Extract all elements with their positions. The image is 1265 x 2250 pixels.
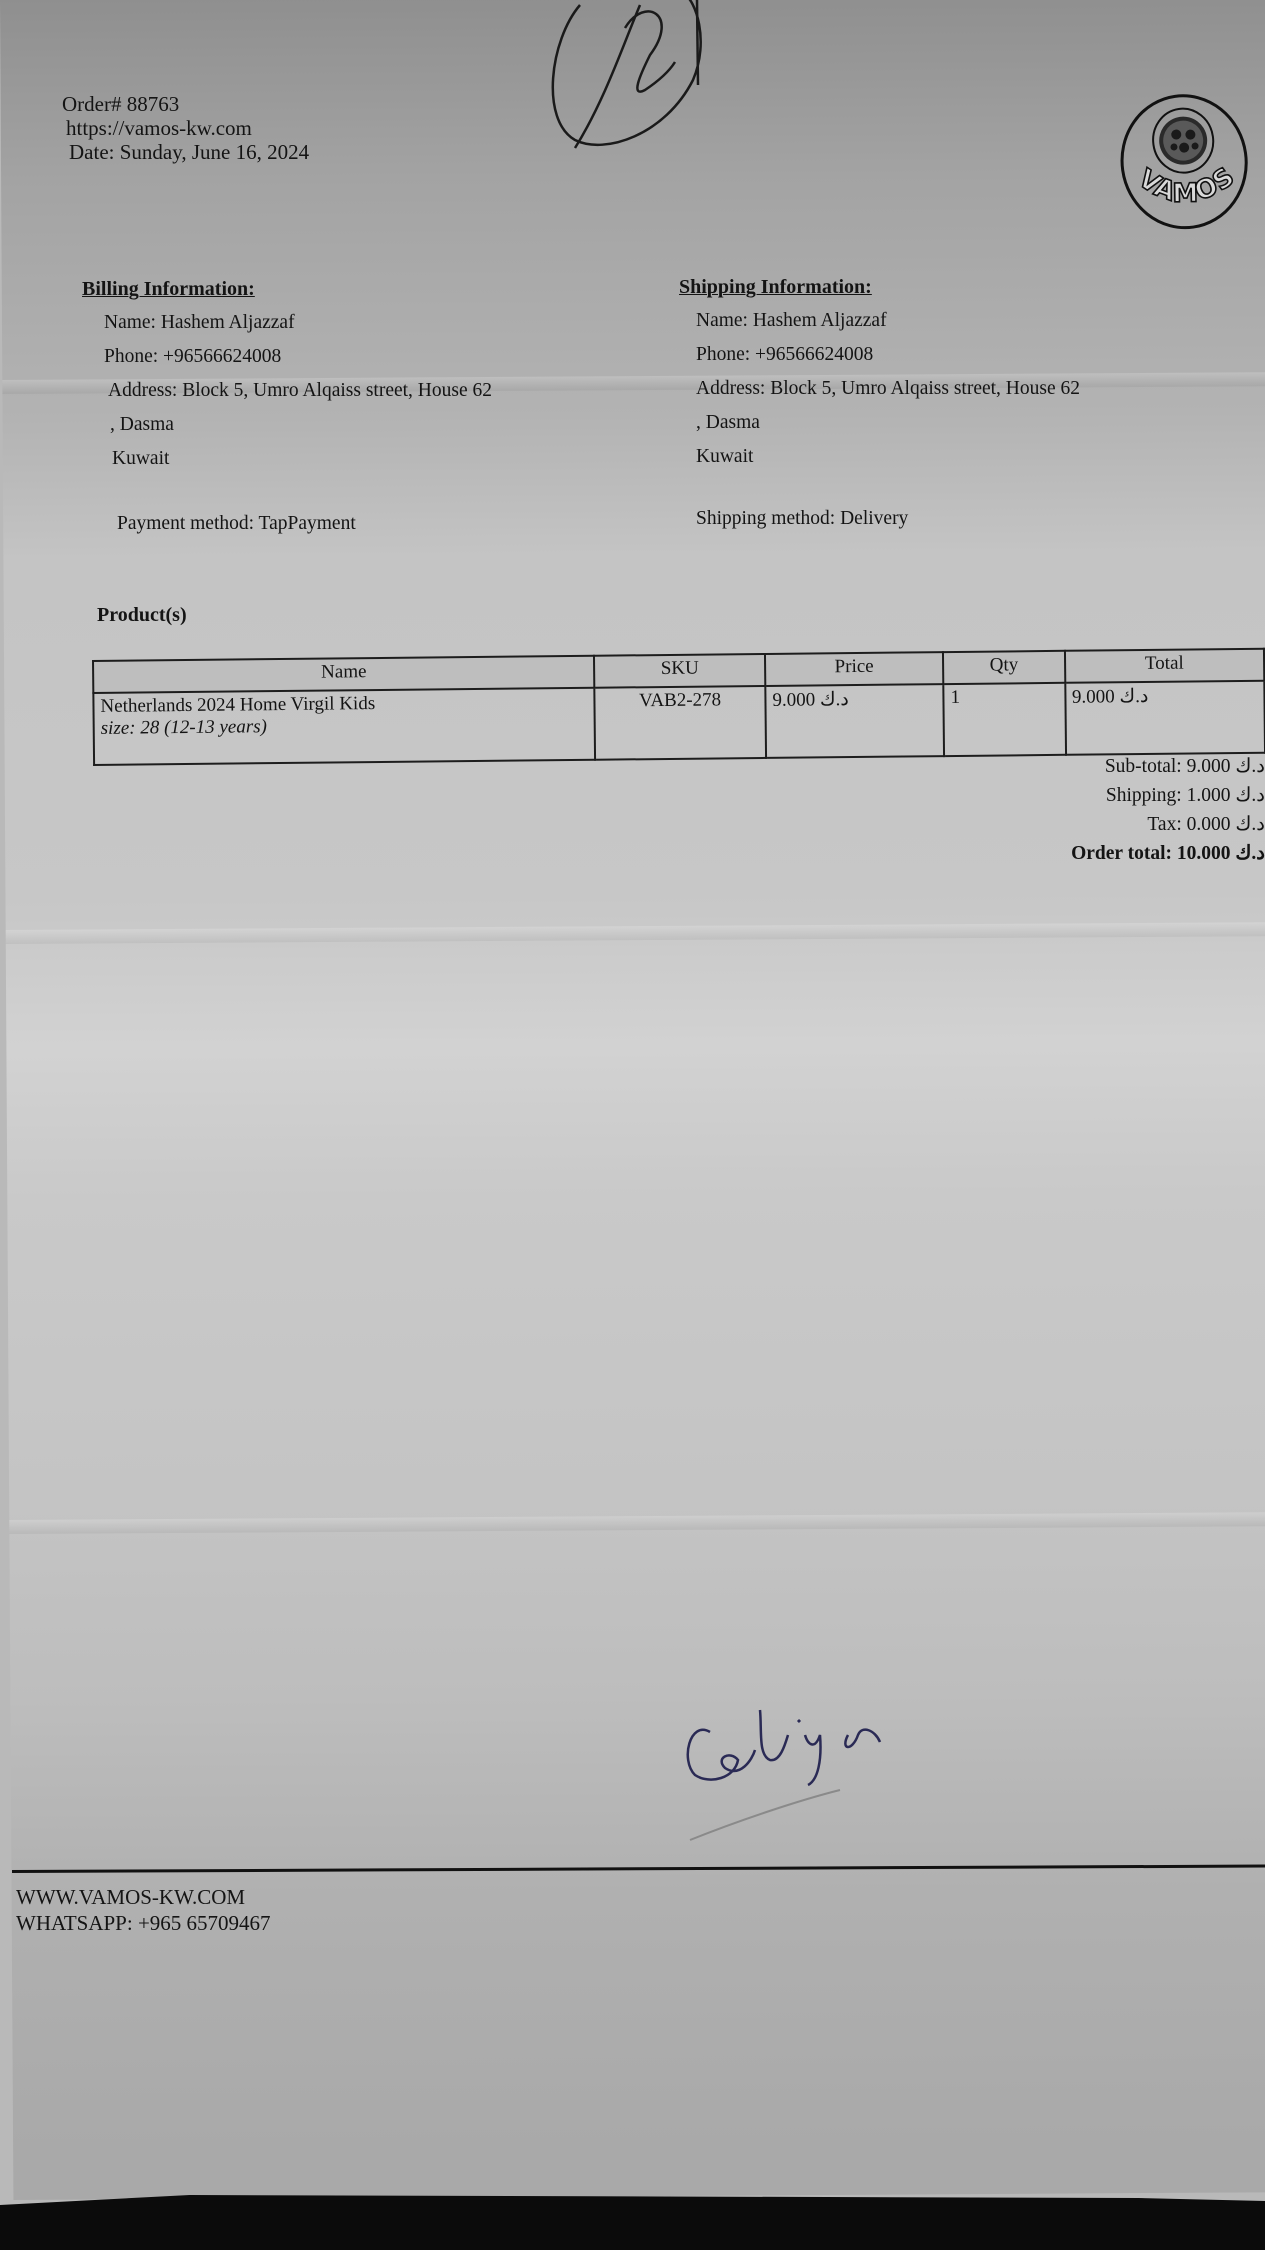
- column-header-total: Total: [1065, 649, 1265, 683]
- handwritten-signature: Galiya: [680, 1690, 960, 1850]
- billing-country: Kuwait: [82, 442, 492, 476]
- vamos-logo: VAMOS: [1112, 86, 1252, 236]
- product-sku: VAB2-278: [595, 686, 766, 760]
- order-date: Date: Sunday, June 16, 2024: [60, 140, 309, 164]
- column-header-qty: Qty: [943, 651, 1065, 684]
- product-total: 9.000 د.ك: [1065, 681, 1265, 755]
- column-header-sku: SKU: [594, 654, 765, 688]
- product-name-cell: Netherlands 2024 Home Virgil Kids size: …: [93, 688, 595, 765]
- subtotal: Sub-total: 9.000 د.ك: [1071, 752, 1265, 781]
- billing-title: Billing Information:: [82, 272, 492, 306]
- billing-address: Address: Block 5, Umro Alqaiss street, H…: [82, 374, 492, 408]
- shipping-name: Name: Hashem Aljazzaf: [679, 304, 1080, 338]
- footer-whatsapp[interactable]: WHATSAPP: +965 65709467: [16, 1910, 271, 1936]
- footer: WWW.VAMOS-KW.COM WHATSAPP: +965 65709467: [16, 1884, 271, 1936]
- scan-bottom-edge: [0, 2195, 1265, 2250]
- product-qty: 1: [943, 683, 1065, 756]
- shipping-information: Shipping Information: Name: Hashem Aljaz…: [679, 270, 1080, 474]
- tax: Tax: 0.000 د.ك: [1071, 810, 1265, 839]
- billing-name: Name: Hashem Aljazzaf: [82, 306, 492, 340]
- shipping-title: Shipping Information:: [679, 270, 1080, 304]
- billing-area: , Dasma: [82, 408, 492, 442]
- paper-fold: [9, 1512, 1265, 1534]
- product-name: Netherlands 2024 Home Virgil Kids: [100, 693, 375, 717]
- product-option: size: 28 (12-13 years): [101, 713, 589, 740]
- order-number: Order# 88763: [60, 92, 309, 116]
- payment-method: Payment method: TapPayment: [117, 513, 356, 535]
- footer-website[interactable]: WWW.VAMOS-KW.COM: [16, 1884, 271, 1910]
- shipping-phone: Phone: +96566624008: [679, 338, 1080, 372]
- products-title: Product(s): [97, 604, 187, 627]
- shipping-method: Shipping method: Delivery: [696, 508, 908, 530]
- products-table: Name SKU Price Qty Total Netherlands 202…: [92, 648, 1265, 766]
- order-totals: Sub-total: 9.000 د.ك Shipping: 1.000 د.ك…: [1071, 752, 1265, 868]
- product-price: 9.000 د.ك: [765, 684, 944, 758]
- billing-information: Billing Information: Name: Hashem Aljazz…: [82, 272, 492, 476]
- shipping-country: Kuwait: [679, 440, 1080, 474]
- order-website[interactable]: https://vamos-kw.com: [60, 116, 309, 140]
- shipping-area: , Dasma: [679, 406, 1080, 440]
- order-total: Order total: 10.000 د.ك: [1071, 839, 1265, 868]
- handwritten-circled-number: [545, 0, 705, 155]
- column-header-price: Price: [765, 652, 943, 686]
- billing-phone: Phone: +96566624008: [82, 340, 492, 374]
- column-header-name: Name: [93, 656, 595, 693]
- paper-fold: [6, 922, 1265, 944]
- shipping-cost: Shipping: 1.000 د.ك: [1071, 781, 1265, 810]
- order-header: Order# 88763 https://vamos-kw.com Date: …: [60, 92, 309, 164]
- shipping-address: Address: Block 5, Umro Alqaiss street, H…: [679, 372, 1080, 406]
